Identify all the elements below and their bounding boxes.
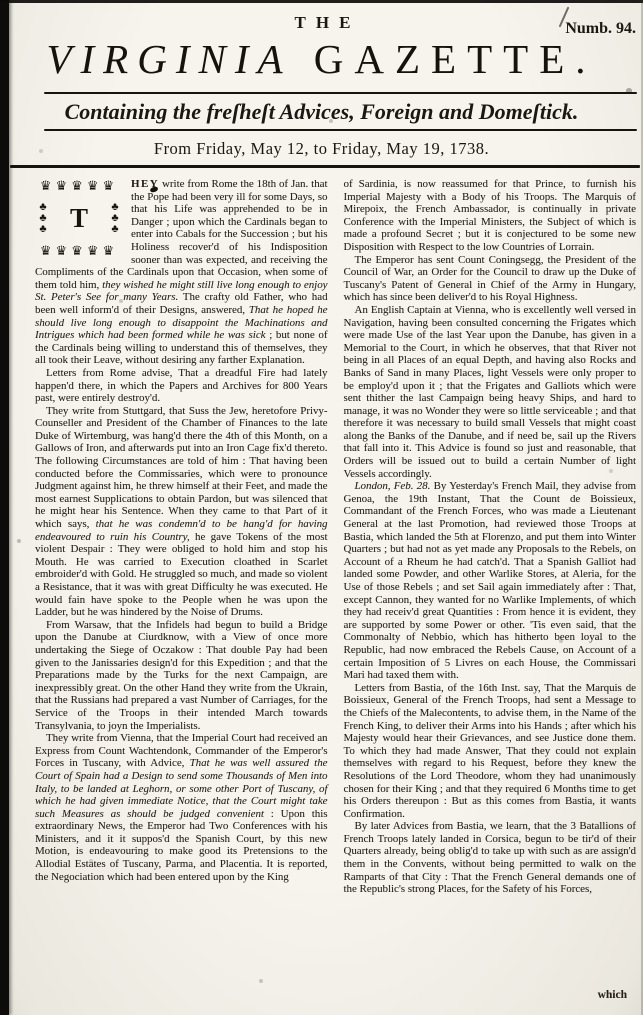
ornament-side-left: ♣ ♣ ♣ bbox=[36, 202, 50, 235]
text-segment: The Emperor has sent Count Coningsegg, t… bbox=[344, 254, 637, 304]
paragraph: They write from Stuttgard, that Suss the… bbox=[35, 405, 328, 619]
left-column: ♛♛♛♛♛ ♣ ♣ ♣ T ♣ ♣ ♣ ♛♛♛♛♛ HEY write from… bbox=[35, 178, 328, 1008]
text-segment: London, Feb. 28. bbox=[355, 480, 431, 492]
issue-number: Numb. 94. bbox=[565, 20, 636, 38]
paragraph: The Emperor has sent Count Coningsegg, t… bbox=[344, 254, 637, 304]
ornament-crowns-top: ♛♛♛♛♛ bbox=[35, 179, 123, 192]
title-virginia: VIRGINIA bbox=[46, 36, 291, 82]
paragraph: of Sardinia, is now reassumed for that P… bbox=[344, 178, 637, 254]
article-body: ♛♛♛♛♛ ♣ ♣ ♣ T ♣ ♣ ♣ ♛♛♛♛♛ HEY write from… bbox=[0, 168, 643, 1008]
masthead-kicker: THE bbox=[12, 13, 643, 33]
text-segment: They write from Stuttgard, that Suss the… bbox=[35, 405, 328, 530]
rule-under-subtitle bbox=[44, 129, 637, 131]
paragraph: From Warsaw, that the Infidels had begun… bbox=[35, 619, 328, 732]
ornament-crowns-bottom: ♛♛♛♛♛ bbox=[35, 244, 123, 257]
text-segment: An English Captain at Vienna, who is exc… bbox=[344, 304, 637, 480]
rule-under-title bbox=[44, 92, 637, 94]
paragraph: London, Feb. 28. By Yesterday's French M… bbox=[344, 480, 637, 682]
masthead: THE Numb. 94. VIRGINIA GAZETTE. Containi… bbox=[0, 0, 643, 168]
ornament-middle: ♣ ♣ ♣ T ♣ ♣ ♣ bbox=[35, 192, 123, 244]
title-gazette: GAZETTE. bbox=[314, 36, 597, 82]
text-segment: of Sardinia, is now reassumed for that P… bbox=[344, 178, 637, 253]
paragraph: By later Advices from Bastia, we learn, … bbox=[344, 820, 637, 896]
text-segment: From Warsaw, that the Infidels had begun… bbox=[35, 619, 328, 732]
right-column: of Sardinia, is now reassumed for that P… bbox=[344, 178, 637, 1008]
masthead-dateline: From Friday, May 12, to Friday, May 19, … bbox=[0, 139, 643, 159]
paragraph: An English Captain at Vienna, who is exc… bbox=[344, 304, 637, 480]
newspaper-title: VIRGINIA GAZETTE. bbox=[0, 35, 643, 83]
paragraph: They write from Vienna, that the Imperia… bbox=[35, 732, 328, 883]
ornament-side-right: ♣ ♣ ♣ bbox=[108, 202, 122, 235]
masthead-subtitle: Containing the freſheſt Advices, Foreign… bbox=[0, 99, 643, 125]
newspaper-page: THE Numb. 94. VIRGINIA GAZETTE. Containi… bbox=[0, 0, 643, 1015]
paragraph: Letters from Bastia, of the 16th Inst. s… bbox=[344, 682, 637, 821]
paragraph: Letters from Rome advise, That a dreadfu… bbox=[35, 367, 328, 405]
drop-cap-letter: T bbox=[70, 205, 88, 232]
text-segment: By Yesterday's French Mail, they advise … bbox=[344, 480, 637, 681]
catchword: which bbox=[598, 989, 627, 1001]
text-segment: Letters from Rome advise, That a dreadfu… bbox=[35, 367, 328, 404]
rule-under-dateline bbox=[10, 165, 640, 168]
text-segment: By later Advices from Bastia, we learn, … bbox=[344, 820, 637, 895]
text-segment: Letters from Bastia, of the 16th Inst. s… bbox=[344, 682, 637, 820]
drop-cap-ornament: ♛♛♛♛♛ ♣ ♣ ♣ T ♣ ♣ ♣ ♛♛♛♛♛ bbox=[35, 179, 123, 257]
text-segment: he gave Tokens of the most violent Despa… bbox=[35, 531, 328, 619]
